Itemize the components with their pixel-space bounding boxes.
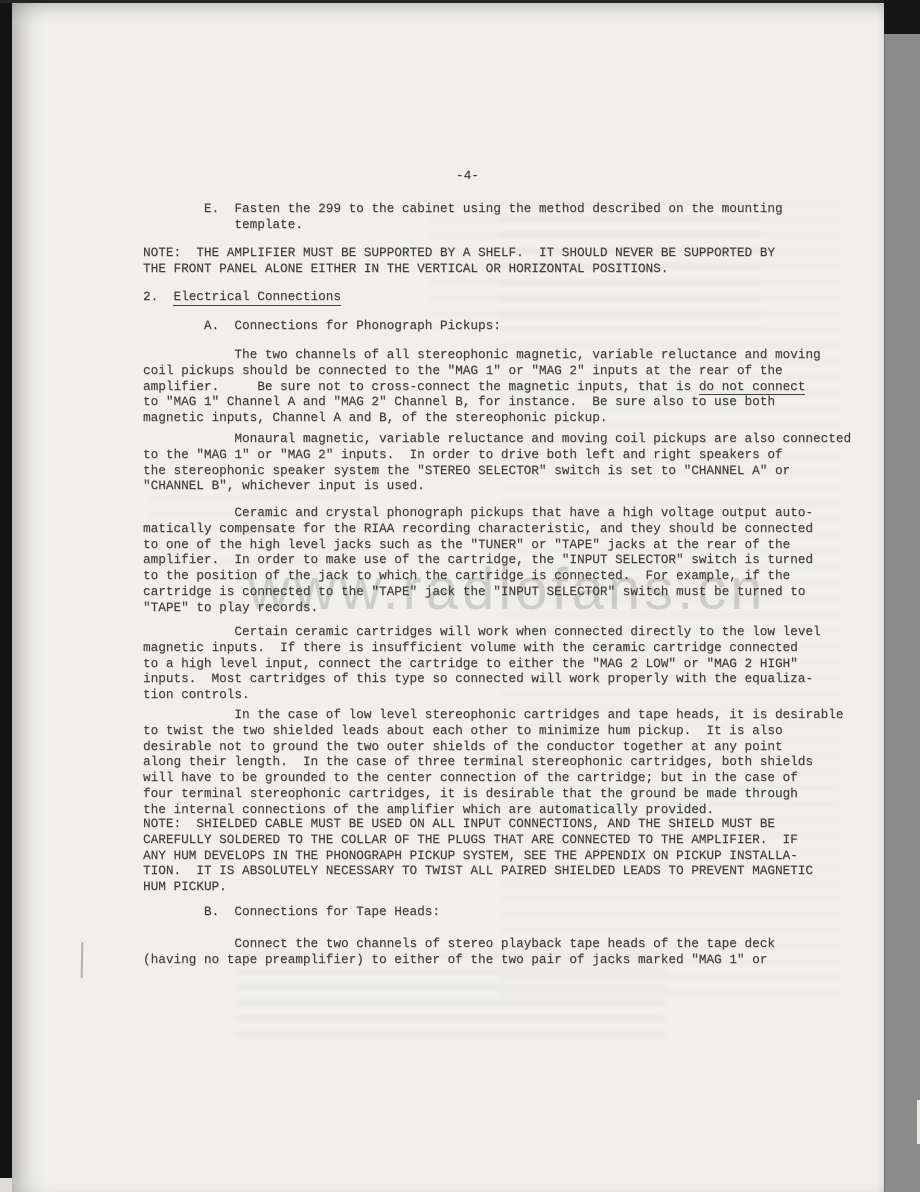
text-line: inputs. Most cartridges of this type so … — [143, 671, 821, 687]
paragraph-certain-ceramic-cartridges: Certain ceramic cartridges will work whe… — [143, 624, 821, 703]
page-number: -4- — [456, 168, 479, 184]
underlined-phrase: do not connect — [699, 379, 806, 396]
paragraph-low-level-cartridges: In the case of low level stereophonic ca… — [143, 707, 843, 818]
subsection-heading-a: A. Connections for Phonograph Pickups: — [143, 318, 501, 334]
text-line: CAREFULLY SOLDERED TO THE COLLAR OF THE … — [143, 832, 813, 848]
text-line: ANY HUM DEVELOPS IN THE PHONOGRAPH PICKU… — [143, 848, 813, 864]
text-line: amplifier. In order to make use of the c… — [143, 552, 813, 568]
text-line: will have to be grounded to the center c… — [143, 770, 843, 786]
text-line: THE FRONT PANEL ALONE EITHER IN THE VERT… — [143, 261, 775, 277]
text-line: desirable not to ground the two outer sh… — [143, 739, 843, 755]
text-line: 2. Electrical Connections — [143, 289, 341, 305]
text-line: magnetic inputs, Channel A and B, of the… — [143, 410, 821, 426]
section-heading-electrical-connections: 2. Electrical Connections — [143, 289, 341, 305]
text-line: to a high level input, connect the cartr… — [143, 656, 821, 672]
section-title-underlined: Electrical Connections — [173, 289, 341, 306]
text-line: the stereophonic speaker system the "STE… — [143, 463, 851, 479]
paragraph-tape-heads: Connect the two channels of stereo playb… — [143, 936, 775, 968]
list-item-e: E. Fasten the 299 to the cabinet using t… — [143, 201, 783, 233]
paragraph-monaural-pickups: Monaural magnetic, variable reluctance a… — [143, 431, 851, 494]
subsection-heading-b: B. Connections for Tape Heads: — [143, 904, 440, 920]
note-shelf-support: NOTE: THE AMPLIFIER MUST BE SUPPORTED BY… — [143, 245, 775, 277]
scan-right-backing-top — [884, 0, 920, 34]
note-shielded-cable: NOTE: SHIELDED CABLE MUST BE USED ON ALL… — [143, 816, 813, 895]
text-line: (having no tape preamplifier) to either … — [143, 952, 775, 968]
text-line: template. — [143, 217, 783, 233]
text-line: amplifier. Be sure not to cross-connect … — [143, 379, 821, 395]
text-layer: -4- E. Fasten the 299 to the cabinet usi… — [0, 0, 920, 1192]
text-line: HUM PICKUP. — [143, 879, 813, 895]
text-line: tion controls. — [143, 687, 821, 703]
text-line: E. Fasten the 299 to the cabinet using t… — [143, 201, 783, 217]
text-line: to "MAG 1" Channel A and "MAG 2" Channel… — [143, 394, 821, 410]
text-line: matically compensate for the RIAA record… — [143, 521, 813, 537]
text-line: "TAPE" to play records. — [143, 600, 813, 616]
text-line: along their length. In the case of three… — [143, 754, 843, 770]
text-line: to the "MAG 1" or "MAG 2" inputs. In ord… — [143, 447, 851, 463]
scan-top-edge — [0, 0, 886, 3]
text-line: to one of the high level jacks such as t… — [143, 537, 813, 553]
text-line: B. Connections for Tape Heads: — [143, 904, 440, 920]
text-line: A. Connections for Phonograph Pickups: — [143, 318, 501, 334]
text-line: Connect the two channels of stereo playb… — [143, 936, 775, 952]
text-line: cartridge is connected to the "TAPE" jac… — [143, 584, 813, 600]
text-line: to the position of the jack to which the… — [143, 568, 813, 584]
paragraph-stereo-pickups: The two channels of all stereophonic mag… — [143, 347, 821, 426]
text-line: magnetic inputs. If there is insufficien… — [143, 640, 821, 656]
text-line: to twist the two shielded leads about ea… — [143, 723, 843, 739]
text-line: In the case of low level stereophonic ca… — [143, 707, 843, 723]
text-line: TION. IT IS ABSOLUTELY NECESSARY TO TWIS… — [143, 863, 813, 879]
paragraph-ceramic-crystal-pickups: Ceramic and crystal phonograph pickups t… — [143, 505, 813, 616]
text-line: Certain ceramic cartridges will work whe… — [143, 624, 821, 640]
text-line: Monaural magnetic, variable reluctance a… — [143, 431, 851, 447]
text-line: coil pickups should be connected to the … — [143, 363, 821, 379]
scan-right-backing — [884, 0, 920, 1192]
text-line: "CHANNEL B", whichever input is used. — [143, 478, 851, 494]
scanned-manual-page: www.radiofans.cn -4- E. Fasten the 299 t… — [0, 0, 920, 1192]
text-line: NOTE: THE AMPLIFIER MUST BE SUPPORTED BY… — [143, 245, 775, 261]
text-line: four terminal stereophonic cartridges, i… — [143, 786, 843, 802]
section-number: 2. — [143, 289, 173, 304]
scan-left-edge — [0, 0, 12, 1178]
text-line: Ceramic and crystal phonograph pickups t… — [143, 505, 813, 521]
text-line: NOTE: SHIELDED CABLE MUST BE USED ON ALL… — [143, 816, 813, 832]
scan-left-edge-foot — [0, 1178, 12, 1192]
text-line: The two channels of all stereophonic mag… — [143, 347, 821, 363]
